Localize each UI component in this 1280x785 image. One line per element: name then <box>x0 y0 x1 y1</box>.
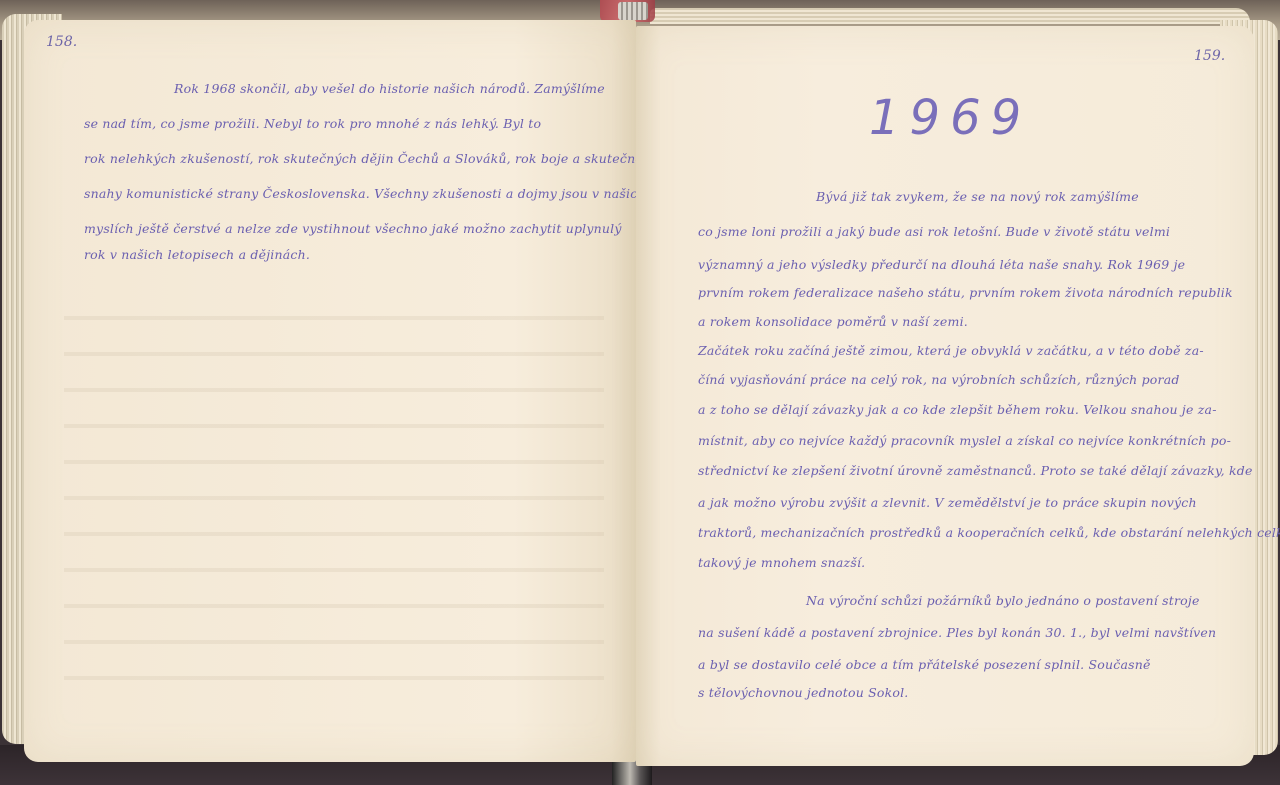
text-line: a byl se dostavilo celé obce a tím přáte… <box>698 658 1151 672</box>
text-line: traktorů, mechanizačních prostředků a ko… <box>698 526 1280 540</box>
text-line: se nad tím, co jsme prožili. Nebyl to ro… <box>84 117 541 131</box>
text-line: střednictví ke zlepšení životní úrovně z… <box>698 464 1253 478</box>
spine-headband <box>618 2 648 20</box>
text-line: prvním rokem federalizace našeho státu, … <box>698 286 1233 300</box>
right-page-number: 159. <box>1194 48 1225 64</box>
text-line: takový je mnohem snazší. <box>698 556 865 570</box>
left-page-number: 158. <box>46 34 77 50</box>
text-line: a rokem konsolidace poměrů v naší zemi. <box>698 315 968 329</box>
text-line: rok v našich letopisech a dějinách. <box>84 248 310 262</box>
right-page: 159. 1969 Bývá již tak zvykem, že se na … <box>636 26 1254 766</box>
text-line: Rok 1968 skončil, aby vešel do historie … <box>174 82 605 96</box>
text-line: významný a jeho výsledky předurčí na dlo… <box>698 258 1185 272</box>
text-line: myslích ještě čerstvé a nelze zde vystih… <box>84 222 622 236</box>
text-line: na sušení kádě a postavení zbrojnice. Pl… <box>698 626 1216 640</box>
text-line: a z toho se dělají závazky jak a co kde … <box>698 403 1217 417</box>
text-line: místnit, aby co nejvíce každý pracovník … <box>698 434 1231 448</box>
text-line: co jsme loni prožili a jaký bude asi rok… <box>698 225 1170 239</box>
text-line: Začátek roku začíná ještě zimou, která j… <box>698 344 1204 358</box>
text-line: snahy komunistické strany Československa… <box>84 187 646 201</box>
text-line: rok nelehkých zkušeností, rok skutečných… <box>84 152 643 166</box>
text-line: a jak možno výrobu zvýšit a zlevnit. V z… <box>698 496 1197 510</box>
text-line: s tělovýchovnou jednotou Sokol. <box>698 686 908 700</box>
text-line: Bývá již tak zvykem, že se na nový rok z… <box>816 190 1139 204</box>
page-stack-top-edge <box>650 8 1250 24</box>
bleed-through-text <box>64 290 604 690</box>
text-line: Na výroční schůzi požárníků bylo jednáno… <box>806 594 1200 608</box>
text-line: číná vyjasňování práce na celý rok, na v… <box>698 373 1180 387</box>
year-heading: 1969 <box>869 90 1031 146</box>
left-page: 158. Rok 1968 skončil, aby vešel do hist… <box>24 20 636 762</box>
